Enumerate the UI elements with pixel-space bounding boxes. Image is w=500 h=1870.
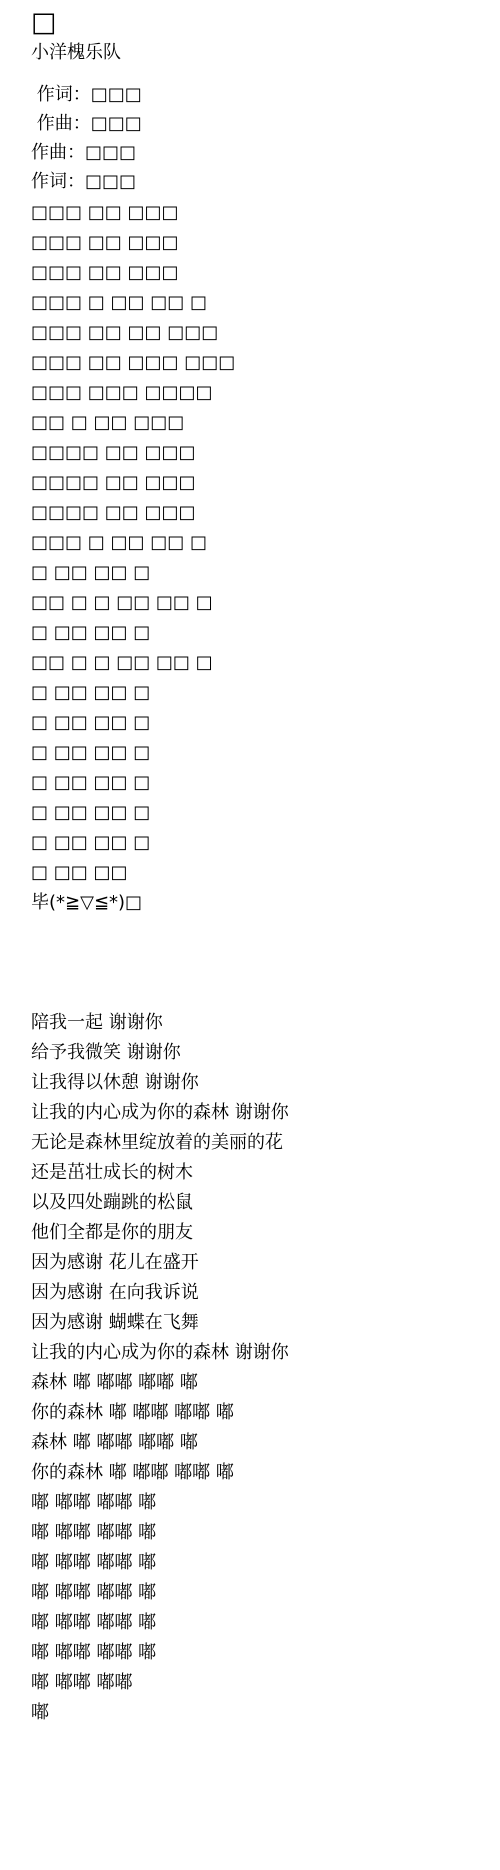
lyrics-content: □ 小洋槐乐队 作词：□□□ 作曲：□□□作曲：□□□作词：□□□ □□□ □□… (0, 0, 500, 1728)
verse-placeholder-block: □□□ □□ □□□□□□ □□ □□□□□□ □□ □□□□□□ □ □□ □… (31, 198, 490, 918)
lyric-line: 让我的内心成为你的森林 谢谢你 (31, 1098, 490, 1128)
lyric-line-placeholder: 毕(*≧▽≦*)□ (31, 888, 490, 918)
lyric-line-placeholder: □ □□ □□ (31, 858, 490, 888)
credit-line: 作词：□□□ (31, 80, 490, 109)
lyric-line-placeholder: □ □□ □□ □ (31, 828, 490, 858)
lyric-line-placeholder: □□□□ □□ □□□ (31, 468, 490, 498)
lyric-line: 嘟 嘟嘟 嘟嘟 嘟 (31, 1518, 490, 1548)
lyric-line: 嘟 嘟嘟 嘟嘟 嘟 (31, 1608, 490, 1638)
lyrics-page: □ 小洋槐乐队 作词：□□□ 作曲：□□□作曲：□□□作词：□□□ □□□ □□… (0, 0, 500, 1870)
lyric-line-placeholder: □□□□ □□ □□□ (31, 498, 490, 528)
verse-chinese-block: 陪我一起 谢谢你给予我微笑 谢谢你让我得以休憩 谢谢你让我的内心成为你的森林 谢… (31, 1008, 490, 1728)
lyric-line: 你的森林 嘟 嘟嘟 嘟嘟 嘟 (31, 1458, 490, 1488)
lyric-line: 给予我微笑 谢谢你 (31, 1038, 490, 1068)
lyric-line-placeholder: □□□ □□ □□□ (31, 198, 490, 228)
lyric-line-placeholder: □□□ □□ □□□ (31, 228, 490, 258)
lyric-line-placeholder: □□□ □□□ □□□□ (31, 378, 490, 408)
lyric-line-placeholder: □□ □ □□ □□□ (31, 408, 490, 438)
credit-line: 作曲：□□□ (31, 109, 490, 138)
lyric-line-placeholder: □ □□ □□ □ (31, 558, 490, 588)
lyric-line: 森林 嘟 嘟嘟 嘟嘟 嘟 (31, 1368, 490, 1398)
song-title: □ (31, 6, 490, 40)
lyric-line: 嘟 (31, 1698, 490, 1728)
lyric-line: 还是茁壮成长的树木 (31, 1158, 490, 1188)
lyric-line-placeholder: □□ □ □ □□ □□ □ (31, 648, 490, 678)
lyric-line: 让我的内心成为你的森林 谢谢你 (31, 1338, 490, 1368)
artist-name: 小洋槐乐队 (31, 40, 490, 66)
credits-block: 作词：□□□ 作曲：□□□作曲：□□□作词：□□□ (31, 80, 490, 196)
lyric-line: 以及四处蹦跳的松鼠 (31, 1188, 490, 1218)
lyric-line-placeholder: □□ □ □ □□ □□ □ (31, 588, 490, 618)
lyric-line-placeholder: □□□□ □□ □□□ (31, 438, 490, 468)
lyric-line-placeholder: □□□ □□ □□□ □□□ (31, 348, 490, 378)
lyric-line: 因为感谢 在向我诉说 (31, 1278, 490, 1308)
lyric-line: 因为感谢 花儿在盛开 (31, 1248, 490, 1278)
credit-line: 作曲：□□□ (31, 138, 490, 167)
lyric-line: 嘟 嘟嘟 嘟嘟 (31, 1668, 490, 1698)
lyric-line-placeholder: □□□ □□ □□ □□□ (31, 318, 490, 348)
lyric-line: 因为感谢 蝴蝶在飞舞 (31, 1308, 490, 1338)
lyric-line: 让我得以休憩 谢谢你 (31, 1068, 490, 1098)
lyric-line-placeholder: □ □□ □□ □ (31, 768, 490, 798)
lyric-line-placeholder: □□□ □ □□ □□ □ (31, 528, 490, 558)
lyric-line: 陪我一起 谢谢你 (31, 1008, 490, 1038)
lyric-line: 森林 嘟 嘟嘟 嘟嘟 嘟 (31, 1428, 490, 1458)
lyric-line: 嘟 嘟嘟 嘟嘟 嘟 (31, 1548, 490, 1578)
lyric-line: 他们全都是你的朋友 (31, 1218, 490, 1248)
lyric-line-placeholder: □ □□ □□ □ (31, 678, 490, 708)
lyric-line: 嘟 嘟嘟 嘟嘟 嘟 (31, 1488, 490, 1518)
lyric-line-placeholder: □□□ □□ □□□ (31, 258, 490, 288)
lyric-line-placeholder: □□□ □ □□ □□ □ (31, 288, 490, 318)
lyric-line-placeholder: □ □□ □□ □ (31, 738, 490, 768)
lyric-line: 无论是森林里绽放着的美丽的花 (31, 1128, 490, 1158)
lyric-line-placeholder: □ □□ □□ □ (31, 708, 490, 738)
credit-line: 作词：□□□ (31, 167, 490, 196)
lyric-line: 嘟 嘟嘟 嘟嘟 嘟 (31, 1638, 490, 1668)
lyric-line-placeholder: □ □□ □□ □ (31, 618, 490, 648)
lyric-line-placeholder: □ □□ □□ □ (31, 798, 490, 828)
lyric-line: 嘟 嘟嘟 嘟嘟 嘟 (31, 1578, 490, 1608)
lyric-line: 你的森林 嘟 嘟嘟 嘟嘟 嘟 (31, 1398, 490, 1428)
